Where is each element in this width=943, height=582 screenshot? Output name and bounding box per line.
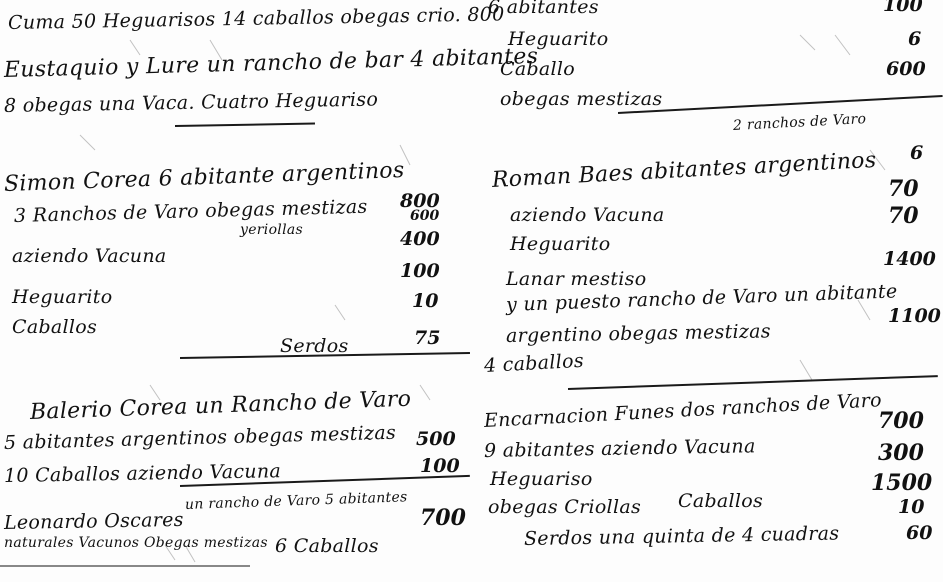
entry-line: 9 abitantes aziendo Vacuna [484,435,756,462]
entry-line: Eustaquio y Lure un rancho de bar 4 abit… [4,44,539,83]
value: 1100 [888,305,941,327]
entry-line: Serdos una quinta de 4 cuadras [524,522,840,550]
entry-line: Heguariso [490,468,593,490]
entry-header: Leonardo Oscares [4,509,184,534]
entry-line: obegas mestizas [500,88,662,110]
right-column: 6 abitantes Heguarito Caballo obegas mes… [478,0,943,582]
entry-line: 2 ranchos de Varo [733,111,867,134]
value: 6 [908,28,921,50]
value: 400 [400,228,440,250]
value: 6 [910,142,923,164]
value: 500 [416,428,456,450]
entry-header: Roman Baes abitantes argentinos [491,148,877,193]
entry-line: argentino obegas mestizas [506,320,771,347]
entry-line: Heguarito [510,233,610,255]
value: 60 [906,522,932,544]
entry-line: obegas Criollas [488,496,641,518]
entry-line: aziendo Vacuna [510,204,664,226]
entry-line: 3 Ranchos de Varo obegas mestizas [14,196,368,227]
divider [618,95,943,114]
entry-line: Lanar mestiso [506,268,646,290]
left-column: Cuma 50 Heguarisos 14 caballos obegas cr… [0,0,470,582]
value: 1400 [883,248,936,270]
entry-line: Caballos [12,316,97,338]
entry-line: 4 caballos [483,350,584,377]
value: 300 [878,440,924,466]
ledger-page: Cuma 50 Heguarisos 14 caballos obegas cr… [0,0,943,582]
value: 700 [420,505,466,531]
entry-line: 8 obegas una Vaca. Cuatro Heguariso [4,88,378,117]
value: 10 [898,496,924,518]
entry-line: aziendo Vacuna [12,245,166,267]
entry-header: Simon Corea 6 abitante argentinos [4,158,405,197]
value: 70 [888,203,919,229]
value: 600 [410,208,439,224]
divider [0,565,250,567]
entry-line: Heguarito [508,28,608,50]
entry-line: 6 Caballos [275,535,379,557]
value: 70 [888,176,919,202]
entry-line: naturales Vacunos Obegas mestizas [4,535,268,551]
value: 75 [414,327,440,349]
entry-header: Balerio Corea un Rancho de Varo [30,387,412,425]
entry-line: 5 abitantes argentinos obegas mestizas [4,422,397,454]
divider [175,123,315,127]
value: 600 [886,58,926,80]
entry-header: Encarnacion Funes dos ranchos de Varo [483,389,882,432]
divider [568,375,938,389]
entry-line: yeriollas [240,222,303,238]
entry-line: Cuma 50 Heguarisos 14 caballos obegas cr… [8,3,505,34]
value: 100 [400,260,440,282]
value: 10 [412,290,438,312]
entry-line: un rancho de Varo 5 abitantes [185,489,408,513]
entry-line: Caballos [678,490,763,512]
value: 100 [883,0,923,16]
value: 700 [878,408,924,434]
entry-line: 6 abitantes [488,0,599,18]
value: 100 [420,455,460,477]
entry-line: Heguarito [12,286,112,308]
entry-line: Caballo [500,58,575,80]
value: 1500 [871,470,932,496]
